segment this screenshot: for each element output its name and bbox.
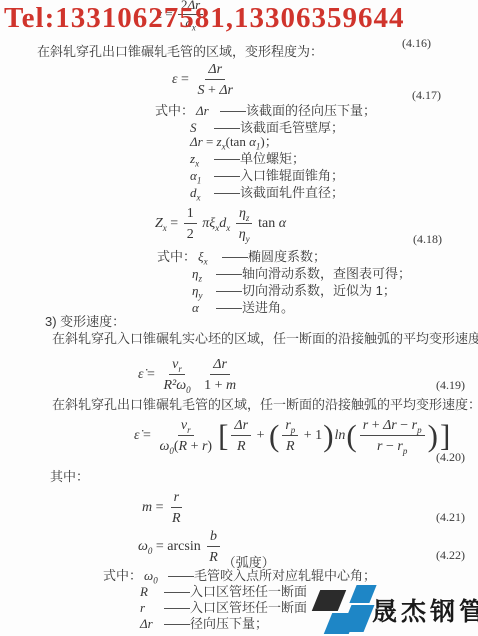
def-desc: ——送进角。: [216, 297, 294, 316]
def-list3-row: Δr ——径向压下量；: [140, 613, 268, 632]
paragraph-deformation-degree: 在斜轧穿孔出口锥碾轧毛管的区域，变形程度为：: [37, 44, 323, 60]
document-page: ε = 2Δrdx (4.16) Tel:13310627581,1330635…: [0, 0, 478, 636]
equation-number-4-18: (4.18): [413, 232, 442, 247]
formula-4-18: Zx = 12 πξxdx ηzηy tan α: [155, 204, 286, 243]
def-list1-row: dx ——该截面轧件直径；: [190, 182, 344, 201]
paragraph-exit-cone: 在斜轧穿孔出口锥碾轧毛管的区域，任一断面的沿接触弧的平均变形速度：: [52, 397, 478, 413]
def-list2-label: 式中：: [157, 246, 196, 265]
logo-text: 晟杰钢管: [372, 592, 478, 628]
formula-4-21: m = rR: [142, 488, 186, 527]
def-desc: ——径向压下量；: [164, 613, 268, 632]
def-list2-row: α ——送进角。: [192, 297, 294, 316]
company-logo: 晟杰钢管: [306, 584, 478, 636]
watermark-phone-number: Tel:13310627581,13306359644: [4, 2, 405, 35]
logo-mark-icon: [306, 584, 372, 636]
def-term: α: [192, 300, 216, 316]
def-list3-label: 式中：: [103, 565, 142, 584]
formula-4-17: ε = ΔrS + Δr: [172, 60, 238, 99]
logo-parallelogram-blue: [341, 605, 375, 632]
def-term: dx: [190, 185, 214, 201]
equation-number-4-17: (4.17): [412, 88, 441, 103]
equation-number-4-22: (4.22): [436, 548, 465, 563]
paragraph-among-them: 其中：: [50, 469, 89, 485]
def-term: Δr: [140, 616, 164, 632]
equation-number-4-19: (4.19): [436, 378, 465, 393]
formula-4-20: ε̇ = vrω0(R + r)[ΔrR + (rpR + 1)ln(r + Δ…: [134, 416, 451, 455]
logo-parallelogram-dark: [312, 590, 346, 611]
heading-deformation-speed: 3) 变形速度：: [45, 314, 125, 330]
equation-number-4-16: (4.16): [402, 36, 431, 51]
def-desc: ——该截面轧件直径；: [214, 182, 344, 201]
formula-4-22: ω0 = arcsin bR（弧度）: [138, 527, 275, 566]
formula-4-19: ε̇ = vrR²ω0 Δr1 + m: [138, 355, 241, 394]
paragraph-entry-cone: 在斜轧穿孔入口锥碾轧实心坯的区域，任一断面的沿接触弧的平均变形速度：: [52, 331, 478, 347]
def-list1-label: 式中：: [155, 100, 194, 119]
equation-number-4-21: (4.21): [436, 510, 465, 525]
